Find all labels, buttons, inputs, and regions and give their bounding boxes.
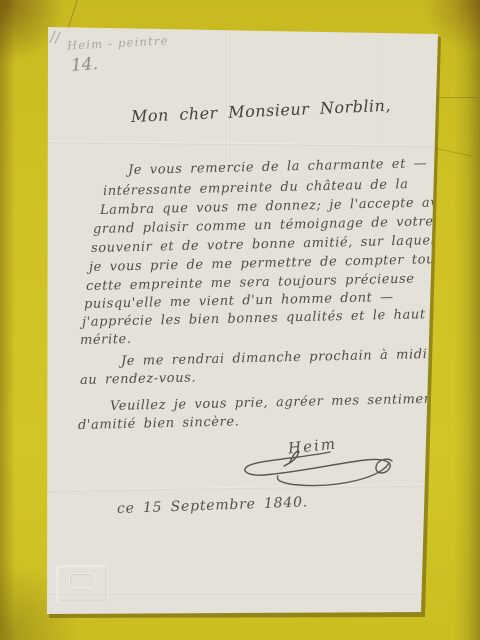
- letter-line: au rendez-vous.: [80, 370, 196, 388]
- letter-line: mérite.: [80, 332, 132, 348]
- letter-line: d'amitié bien sincère.: [78, 414, 240, 433]
- letter-line: je vous prie de me permettre de compter …: [89, 251, 476, 275]
- album-crease-line: [436, 148, 473, 157]
- salutation: Mon cher Monsieur Norblin,: [131, 96, 392, 126]
- letter-line: Je vous remercie de la charmante et —: [128, 156, 428, 178]
- letter-line: Je me rendrai dimanche prochain à midi: [121, 347, 428, 369]
- album-crease-line: [437, 97, 477, 98]
- pencil-attribution: Heim - peintre: [67, 33, 169, 52]
- paper-fold-crease: [48, 141, 438, 147]
- pencil-corner-marks: ∕∕: [49, 27, 62, 46]
- pencil-catalog-number: 14.: [70, 54, 98, 76]
- letter-paper: ∕∕ Heim - peintre 14. Mon cher Monsieur …: [0, 0, 480, 640]
- album-page-photo: ∕∕ Heim - peintre 14. Mon cher Monsieur …: [0, 0, 480, 640]
- paper-fold-crease: [376, 30, 378, 152]
- embossed-stamp: [56, 565, 108, 603]
- letter-line: Veuillez je vous prie, agréer mes sentim…: [110, 391, 446, 414]
- dateline: ce 15 Septembre 1840.: [117, 494, 309, 517]
- embossed-stamp-crest: [69, 573, 95, 588]
- paper-fold-crease: [228, 28, 230, 160]
- letter-line: intéressante empreinte du château de la: [103, 177, 409, 199]
- signature-flourish-icon: [238, 448, 404, 496]
